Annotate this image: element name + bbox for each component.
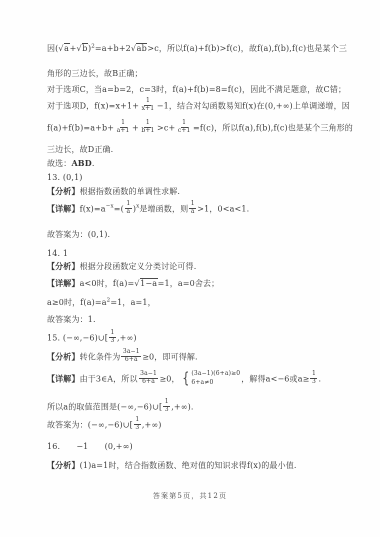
doc-line: 所以a的取值范围是(−∞,−6)∪[13,+∞). (47, 400, 344, 415)
doc-line: 【详解】由于3∈A，所以3a−16+a≥0，{(3a−1)(6+a)≥06+a≠… (47, 371, 344, 388)
doc-line: 故选：ABD. (47, 158, 344, 169)
doc-line: 【分析】根据指数函数的单调性求解. (47, 186, 344, 197)
doc-line: 对于选项D，f(x)=x+1+1x+1−1，结合对勾函数易知f(x)在(0,+∞… (47, 99, 344, 114)
doc-line: 【详解】a<0时，f(a)=√1−a=1，a=0舍去； (47, 278, 344, 289)
answer-sheet-page: 因(√a+√b)2=a+b+2√ab>c，所以f(a)+f(b)>f(c)，故f… (0, 0, 380, 537)
doc-line: 【分析】根据分段函数定义分类讨论可得. (47, 261, 344, 272)
doc-line: f(a)+f(b)=a+b+1a+1+1b+1>c+1c+1=f(c)，所以f(… (47, 121, 344, 136)
doc-line: 故答案为：(−∞,−6)∪[13,+∞) (47, 418, 344, 433)
doc-line: 故答案为：(0,1). (47, 229, 344, 240)
doc-line: 故答案为：1. (47, 314, 344, 325)
page-footer: 答案第5页，共12页 (0, 491, 380, 501)
doc-line: 角形的三边长，故B正确； (47, 68, 344, 79)
answer-14-header: 14. 1 (47, 248, 344, 259)
answer-15-header: 15. (−∞,−6)∪[13,+∞) (47, 331, 344, 346)
answer-13-header: 13. (0,1) (47, 172, 344, 183)
doc-line: 【详解】f(x)=a−x=(1a)x是增函数，则1a>1，0<a<1. (47, 202, 344, 217)
doc-line: 【分析】转化条件为3a−16+a≥0，即可得解. (47, 350, 344, 365)
answer-16-header: 16. −1 (0,+∞) (47, 441, 344, 452)
doc-line: 三边长，故D正确. (47, 144, 344, 155)
doc-line: 对于选项C，当a=b=2，c=3时，f(a)+f(b)=8=f(c)，因此不满足… (47, 84, 344, 95)
doc-line: 【分析】(1)a=1时，结合指数函数、绝对值的知识求得f(x)的最小值. (47, 460, 344, 471)
doc-line: a≥0时，f(a)=a2=1，a=1， (47, 297, 344, 308)
doc-line: 因(√a+√b)2=a+b+2√ab>c，所以f(a)+f(b)>f(c)，故f… (47, 43, 344, 54)
